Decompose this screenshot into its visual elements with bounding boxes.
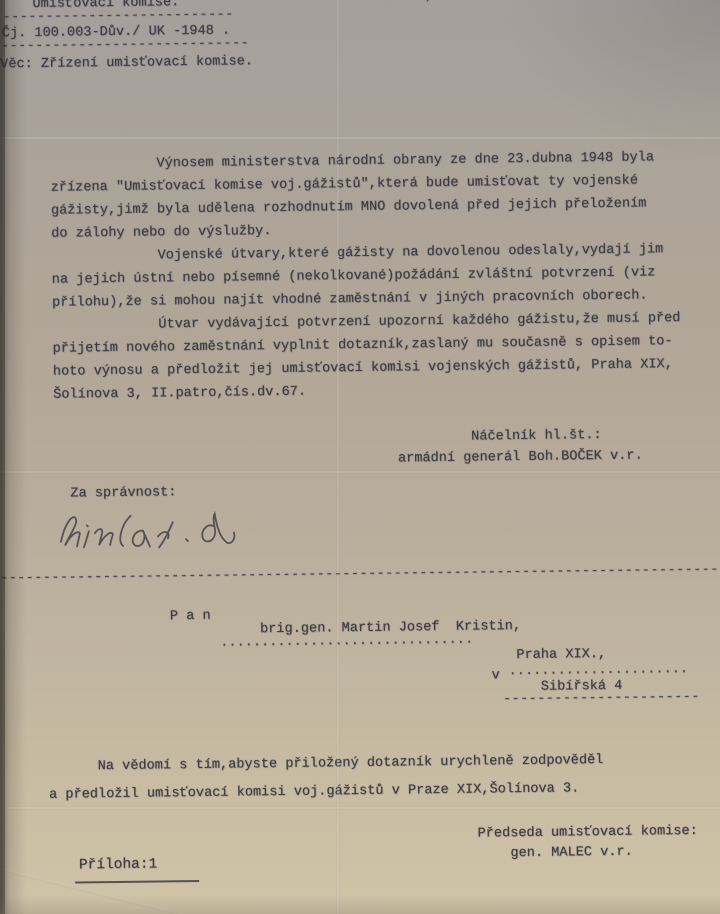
fold-crease-horizontal-middle — [0, 470, 720, 474]
za-spravnost-label: Za správnost: — [70, 485, 176, 501]
body-paragraphs: Výnosem ministerstva národní obrany ze d… — [50, 146, 681, 407]
text-line: armádní generál Boh.BOČEK v.r. — [398, 446, 643, 470]
signoff-block: Náčelník hl.št.:armádní generál Boh.BOČE… — [398, 425, 643, 470]
v-label: v — [492, 668, 500, 683]
paper-edge-left — [0, 0, 5, 914]
notice-paragraph: Na vědomí s tím,abyste přiložený dotazní… — [49, 747, 604, 810]
text-line: a předložil umisťovací komisi voj.gážist… — [49, 775, 604, 810]
fold-crease-horizontal-bottom — [0, 806, 720, 810]
handwritten-signature — [52, 499, 268, 564]
name-dotted-line: ............................... — [220, 633, 473, 651]
closing-block: Předseda umisťovací komise: gen. MALEC v… — [477, 822, 698, 865]
text-line: gen. MALEC v.r. — [478, 842, 698, 865]
addressee-city: Praha XIX., — [516, 647, 606, 663]
subject-line: Věc: Zřízení umisťovací komise. — [0, 54, 253, 72]
letterhead-rule-2: ----------------------------- — [1, 36, 249, 54]
photo-shadow-bottom — [0, 896, 720, 914]
salutation: P a n — [170, 609, 211, 624]
enclosure-underline — [75, 880, 199, 884]
letterhead-rule-1: --------------------------- — [2, 8, 233, 26]
text-line: Předseda umisťovací komise: — [477, 822, 697, 845]
fold-crease-vertical — [336, 0, 340, 914]
city-dotted-line: ...................... — [509, 662, 689, 679]
enclosure-label: Příloha:1 — [79, 857, 158, 874]
photo-shadow-top-right — [500, 0, 720, 160]
document-photo: Umisťovací komise. ---------------------… — [0, 0, 720, 914]
street-dashed-underline: ----------------------- — [503, 690, 700, 707]
separator-dashed-line: ----------------------------------------… — [0, 562, 720, 586]
text-line: Náčelník hl.št.: — [398, 425, 643, 449]
